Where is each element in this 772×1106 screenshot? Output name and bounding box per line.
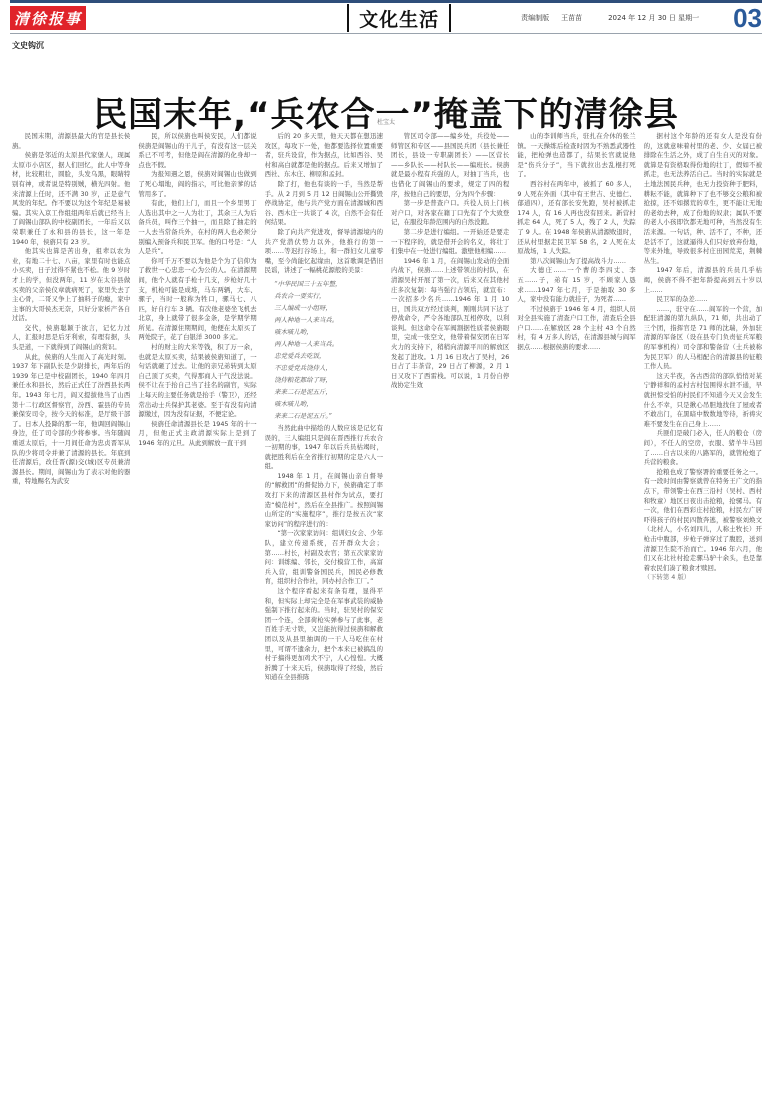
column-label: 文史钩沉 — [12, 40, 44, 51]
poem-line: 咳木咳儿哟， — [274, 326, 383, 338]
paragraph: 侯旃是邻近的太原县代家堡人，现属太原市小店区，据人们回忆，此人中等身材，比较粗壮… — [12, 151, 130, 247]
paragraph: 1948 年 1 月，在阎锡山亲自督导的“解救团”的督促协力下，侯旃确定了率攻打… — [265, 472, 383, 530]
paragraph: 你可千万不要以为他是个为了信仰为了救世一心忠忠一心为公的人。在清源期间，他个人就… — [138, 257, 256, 343]
paragraph: 第二步是进行编组。一开始还是要走一下程序的，就是借开会的名义，将壮丁们集中在一处… — [391, 228, 509, 257]
folk-song-poem: “中华民国三十五年整， 兵农合一要实行， 三人编成一小组呀， 两人种地一人来当兵… — [274, 278, 383, 422]
paragraph: 当然此曲中描绘的人数应该是记忆有误的，三人编组只是阎在晋西推行兵农合一初期的事，… — [265, 424, 383, 472]
paragraph: 据村这个年龄的还有女人是没有份的，这就意味着村里的老、少、女届已被排除在生活之外… — [644, 132, 762, 266]
paragraph: 这天半夜，各古西营的部队悄悄对某宁静祥和的孟村古村包围得水泄不通，早就担惊受怕的… — [644, 372, 762, 430]
paragraph: 这个程序看起来有条有理，显得平和，但实际上却完全是在军事武装的威胁强制下推行起来… — [265, 587, 383, 683]
poem-line: 咳木咳儿哟， — [274, 398, 383, 410]
poem-line: 来来二石是泥五斤。” — [274, 410, 383, 422]
paragraph: 管区司令部——编乡处，兵役处——师管区和专区——县国民兵团（县长兼任团长，县设一… — [391, 132, 509, 199]
paragraph: 抢粮也成了警察署的重要任务之一。有一段时间由警察就曾在特务王广文的指点下，带领警… — [644, 468, 762, 574]
poem-line: 两人种地一人来当兵。 — [274, 314, 383, 326]
editor-label: 责编制版 — [521, 13, 549, 23]
editor-info: 责编制版 王苗苗 — [521, 13, 582, 23]
paragraph: 从此，侯旃的人生而入了高光时刻。1937 年下副队长是少尉排长，两年后的 193… — [12, 353, 130, 487]
article-byline: 杜宝太 — [0, 117, 772, 126]
text-column-6: 据村这个年龄的还有女人是没有份的，这就意味着村里的老、少、女届已被排除在生活之外… — [644, 132, 762, 1100]
poem-line: 三人编成一小组呀， — [274, 302, 383, 314]
masthead: 清徐报事 文化生活 责编制版 王苗苗 2024 年 12 月 30 日 星期一 … — [10, 3, 762, 34]
paragraph: 除了打，他也有谈的一手，当然是帮手。从 2 月到 5 月 12 日阎锡山公开撕毁… — [265, 180, 383, 228]
paragraph: 村的财主的大米等钱，积了万一余，也就是太原买卖，结果被侯旃知道了，一句话就砸了过… — [138, 343, 256, 420]
poem-line: 饶侍粮花都给了呀， — [274, 374, 383, 386]
poem-line: 不忠爱党兵饶侍人， — [274, 362, 383, 374]
poem-line: 来来二石是泥五斤， — [274, 386, 383, 398]
paragraph: 兵匪们是破门必入，任人的粮仓（房间），不任人的空房，衣服、猪羊牛马回了……自古以… — [644, 429, 762, 467]
paragraph: 交代，侯旃聪颖于欲言，记忆力过人，汇报时思是后牙利索，有理有据，头头是道，一下就… — [12, 324, 130, 353]
editor-name: 王苗苗 — [561, 13, 582, 23]
paragraph: 民卫军的杂差…… — [644, 295, 762, 305]
paragraph: 有此，他们上门，而且一个乡里男丁人选出其中之一人为壮丁，其余三人为后备兵员，叫作… — [138, 199, 256, 257]
paragraph: 民国末期，清源县最大的官是县长侯旃。 — [12, 132, 130, 151]
text-column-1: 民国末期，清源县最大的官是县长侯旃。 侯旃是邻近的太原县代家堡人，现属太原市小店… — [12, 132, 130, 1100]
paragraph: 1947 年后，清源县的兵员几乎枯竭，侯旃不得不把年龄提高到五十岁以上…… — [644, 266, 762, 295]
paragraph: 除了向共产党进攻，督导清源境内的共产党潜伏势力以外，他推行的第一项……等迟打谷场… — [265, 228, 383, 276]
paragraph: 第一步是普查户口。兵役人员上门核对户口，对各家在籍丁口先有了个大致登记，在服役年… — [391, 199, 509, 228]
newspaper-logo: 清徐报事 — [10, 6, 86, 30]
paragraph: “第一次家家访问：组训妇女会、少年队，建立传递系统，召开群众大会；第……村长，村… — [265, 529, 383, 587]
continued-on-page-note: （下转第 4 版） — [644, 573, 690, 581]
paragraph: 不过侯旃于 1946 年 4 月，组织人员对全县实施了清查户口工作，清查后全县户… — [517, 305, 635, 353]
text-column-3: 后的 20 多天里，他天天都在想迅速攻区，每攻下一处，他都要选择位置重要者，驻兵… — [265, 132, 383, 1100]
poem-line: 两人种地一人来当兵。 — [274, 338, 383, 350]
paragraph: 大德庄……一个曹的李四丈、李五……子，弟有 15 岁，不顾家人恳求……1947 … — [517, 266, 635, 304]
paragraph: ……，驻守在……阎军的一个营，加配驻清源的第九纵队，71 师，共出动了三个团，指… — [644, 305, 762, 372]
text-column-2: 民，所以侯旃也叫侯安民，人们都说侯旃是阎锡山的干儿子，有没有这一层关系已不可考，… — [138, 132, 256, 1100]
page-number: 03 — [733, 3, 762, 34]
paragraph: 民，所以侯旃也叫侯安民，人们都说侯旃是阎锡山的干儿子，有没有这一层关系已不可考，… — [138, 132, 256, 170]
paragraph: 为报知遇之恩，侯旃对阎锡山也做到了死心塌地，阎的指示，可比他亲爹的话管用多了。 — [138, 170, 256, 199]
paragraph: 西谷村在两年中，被抓了 60 多人，9 人死在外面（其中有王世吉、史德仁、郁道四… — [517, 180, 635, 257]
paragraph: 他其实也算是苦出身，祖辈以农为业，有地二十七、八亩，家里有时也能点小买卖，日子过… — [12, 247, 130, 324]
paragraph: 侯旃任命清源县长是 1945 年的十一月，但他正式主政清源实际上是到了 1946… — [138, 420, 256, 449]
poem-line: “中华民国三十五年整， — [274, 278, 383, 290]
section-title: 文化生活 — [347, 4, 451, 32]
poem-line: 兵农合一要实行， — [274, 290, 383, 302]
paragraph: 1946 年 1 月，在阎锡山发动的全面内战下，侯旃……上述带领出的村队，在清源… — [391, 257, 509, 391]
article-headline: 民国末年,“兵农合一”掩盖下的清徐县 — [0, 87, 772, 136]
poem-line: 忠党爱兵去吃饭， — [274, 350, 383, 362]
article-body: 民国末期，清源县最大的官是县长侯旃。 侯旃是邻近的太原县代家堡人，现属太原市小店… — [12, 132, 762, 1100]
paragraph: 后的 20 多天里，他天天都在想迅速攻区，每攻下一处，他都要选择位置重要者，驻兵… — [265, 132, 383, 180]
issue-date: 2024 年 12 月 30 日 星期一 — [608, 13, 699, 23]
text-column-5: 山的李训师当兵，驻扎在介休的张兰镇。一天操练后检查时因为不熟悉武器性能，把枪弹也… — [517, 132, 635, 1100]
paragraph: 山的李训师当兵，驻扎在介休的张兰镇。一天操练后检查时因为不熟悉武器性能，把枪弹也… — [517, 132, 635, 180]
text-column-4: 管区司令部——编乡处，兵役处——师管区和专区——县国民兵团（县长兼任团长，县设一… — [391, 132, 509, 1100]
paragraph: 第八次阎锡山为了提高战斗力…… — [517, 257, 635, 267]
